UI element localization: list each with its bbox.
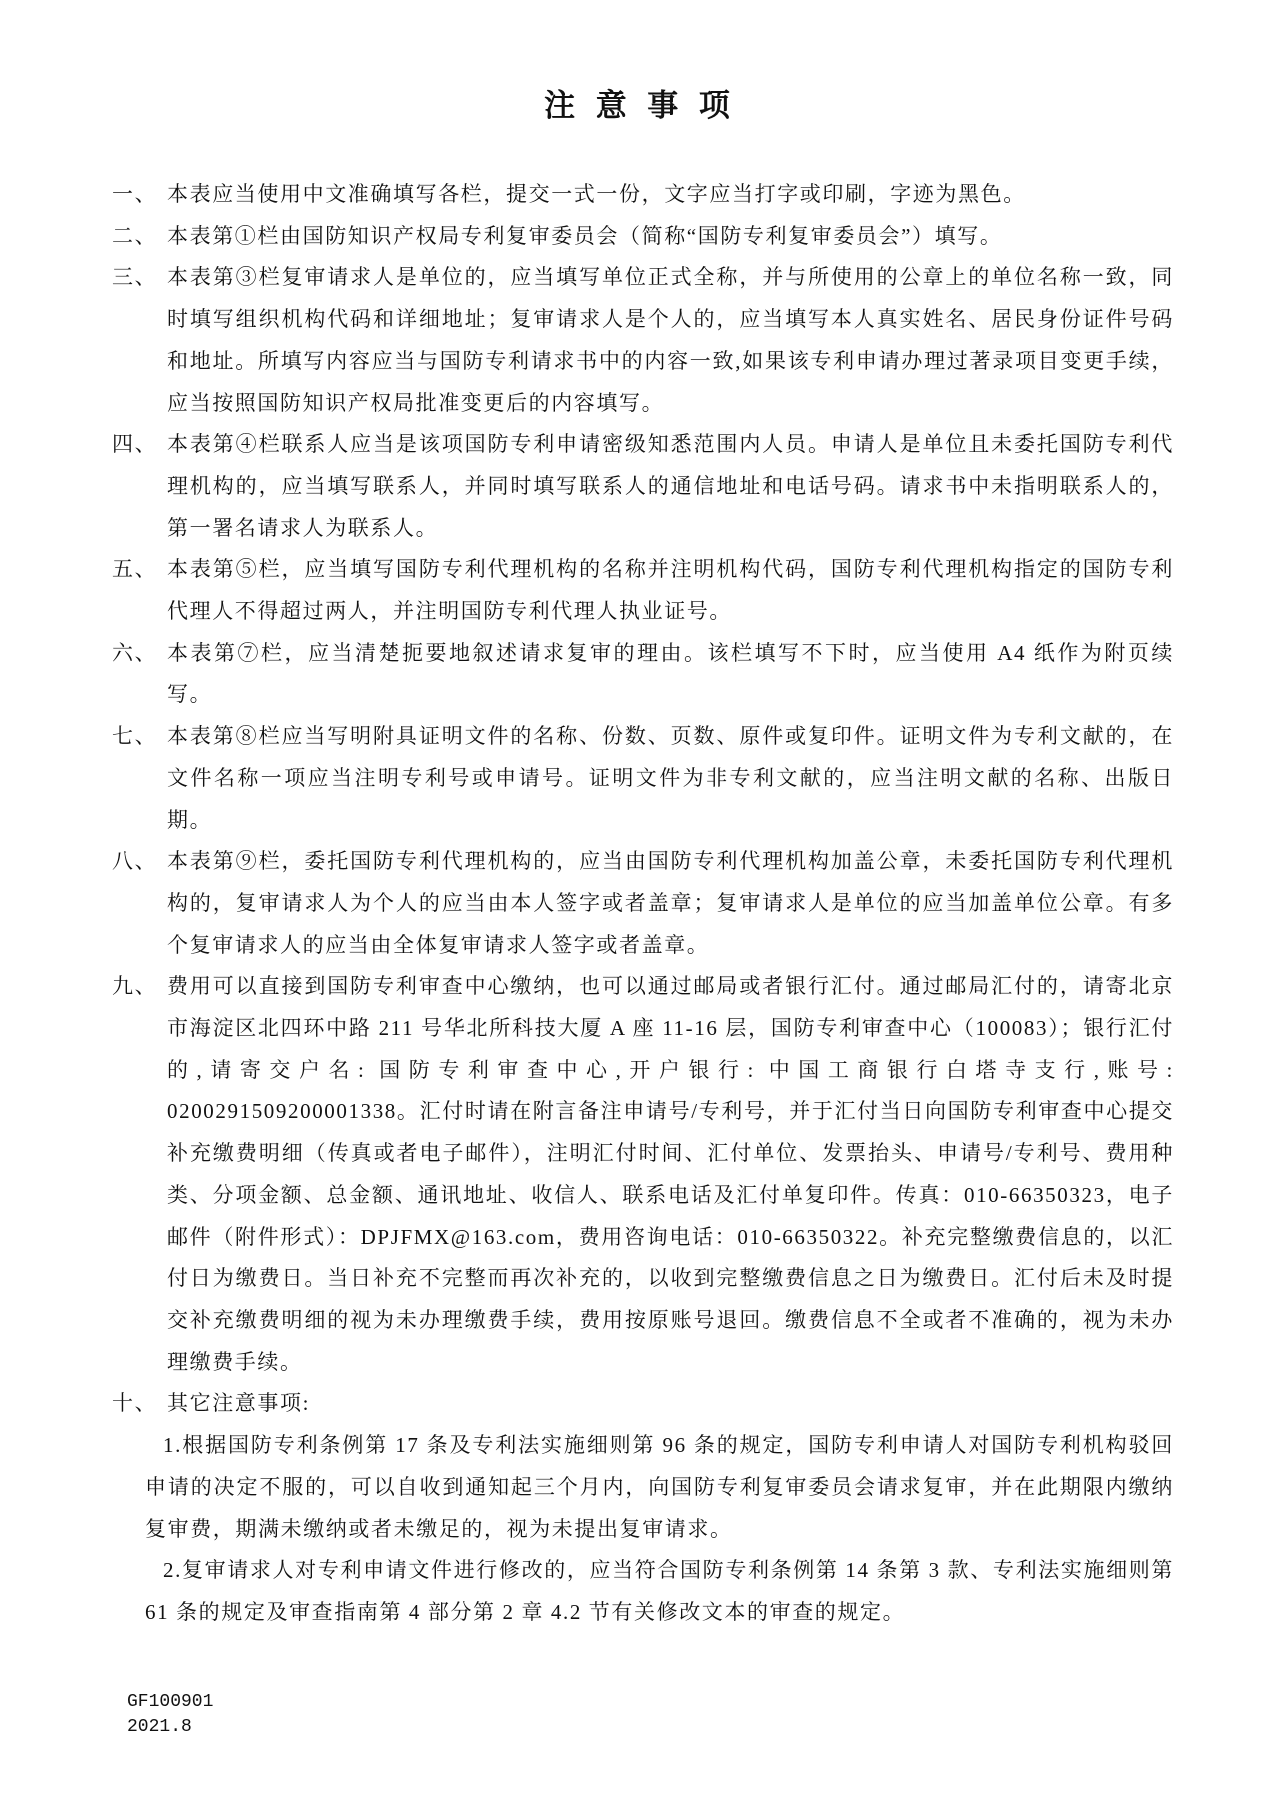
notice-item: 六、本表第⑦栏，应当清楚扼要地叙述请求复审的理由。该栏填写不下时，应当使用 A4…: [112, 633, 1174, 716]
form-footer: GF100901 2021.8: [127, 1690, 213, 1740]
item-text: 本表第⑨栏，委托国防专利代理机构的，应当由国防专利代理机构加盖公章，未委托国防专…: [167, 849, 1174, 956]
notice-item: 八、本表第⑨栏，委托国防专利代理机构的，应当由国防专利代理机构加盖公章，未委托国…: [112, 841, 1174, 966]
form-code: GF100901: [127, 1690, 213, 1715]
item-number: 一、: [112, 174, 157, 216]
notice-subitem: 2.复审请求人对专利申请文件进行修改的，应当符合国防专利条例第 14 条第 3 …: [145, 1550, 1174, 1633]
item-text: 本表第①栏由国防知识产权局专利复审委员会（简称“国防专利复审委员会”）填写。: [167, 224, 1002, 248]
notice-item: 七、本表第⑧栏应当写明附具证明文件的名称、份数、页数、原件或复印件。证明文件为专…: [112, 716, 1174, 841]
item-number: 二、: [112, 216, 157, 258]
notice-item: 四、本表第④栏联系人应当是该项国防专利申请密级知悉范围内人员。申请人是单位且未委…: [112, 424, 1174, 549]
item-text: 其它注意事项:: [167, 1391, 310, 1415]
item-number: 三、: [112, 257, 157, 299]
form-version-date: 2021.8: [127, 1715, 213, 1740]
item-number: 十、: [112, 1383, 157, 1425]
item-text: 本表第③栏复审请求人是单位的，应当填写单位正式全称，并与所使用的公章上的单位名称…: [167, 265, 1174, 414]
item-number: 八、: [112, 841, 157, 883]
item-number: 六、: [112, 633, 157, 675]
notice-item: 一、本表应当使用中文准确填写各栏，提交一式一份，文字应当打字或印刷，字迹为黑色。: [112, 174, 1174, 216]
item-text: 本表应当使用中文准确填写各栏，提交一式一份，文字应当打字或印刷，字迹为黑色。: [167, 182, 1026, 206]
notice-item: 三、本表第③栏复审请求人是单位的，应当填写单位正式全称，并与所使用的公章上的单位…: [112, 257, 1174, 424]
item-text: 本表第⑧栏应当写明附具证明文件的名称、份数、页数、原件或复印件。证明文件为专利文…: [167, 724, 1174, 831]
notice-item: 十、其它注意事项:: [112, 1383, 1174, 1425]
item-number: 九、: [112, 966, 157, 1008]
item-text: 费用可以直接到国防专利审查中心缴纳，也可以通过邮局或者银行汇付。通过邮局汇付的，…: [167, 974, 1174, 1373]
notice-page: 注 意 事 项 一、本表应当使用中文准确填写各栏，提交一式一份，文字应当打字或印…: [0, 0, 1280, 1810]
item-number: 七、: [112, 716, 157, 758]
notice-list: 一、本表应当使用中文准确填写各栏，提交一式一份，文字应当打字或印刷，字迹为黑色。…: [112, 174, 1174, 1634]
notice-item: 二、本表第①栏由国防知识产权局专利复审委员会（简称“国防专利复审委员会”）填写。: [112, 216, 1174, 258]
item-text: 本表第⑦栏，应当清楚扼要地叙述请求复审的理由。该栏填写不下时，应当使用 A4 纸…: [167, 641, 1174, 707]
item-text: 本表第⑤栏，应当填写国防专利代理机构的名称并注明机构代码，国防专利代理机构指定的…: [167, 557, 1174, 623]
page-title: 注 意 事 项: [0, 90, 1280, 121]
notice-item: 五、本表第⑤栏，应当填写国防专利代理机构的名称并注明机构代码，国防专利代理机构指…: [112, 549, 1174, 632]
item-number: 五、: [112, 549, 157, 591]
notice-subitem: 1.根据国防专利条例第 17 条及专利法实施细则第 96 条的规定，国防专利申请…: [145, 1425, 1174, 1550]
item-text: 本表第④栏联系人应当是该项国防专利申请密级知悉范围内人员。申请人是单位且未委托国…: [167, 432, 1174, 539]
item-number: 四、: [112, 424, 157, 466]
notice-item: 九、费用可以直接到国防专利审查中心缴纳，也可以通过邮局或者银行汇付。通过邮局汇付…: [112, 966, 1174, 1383]
